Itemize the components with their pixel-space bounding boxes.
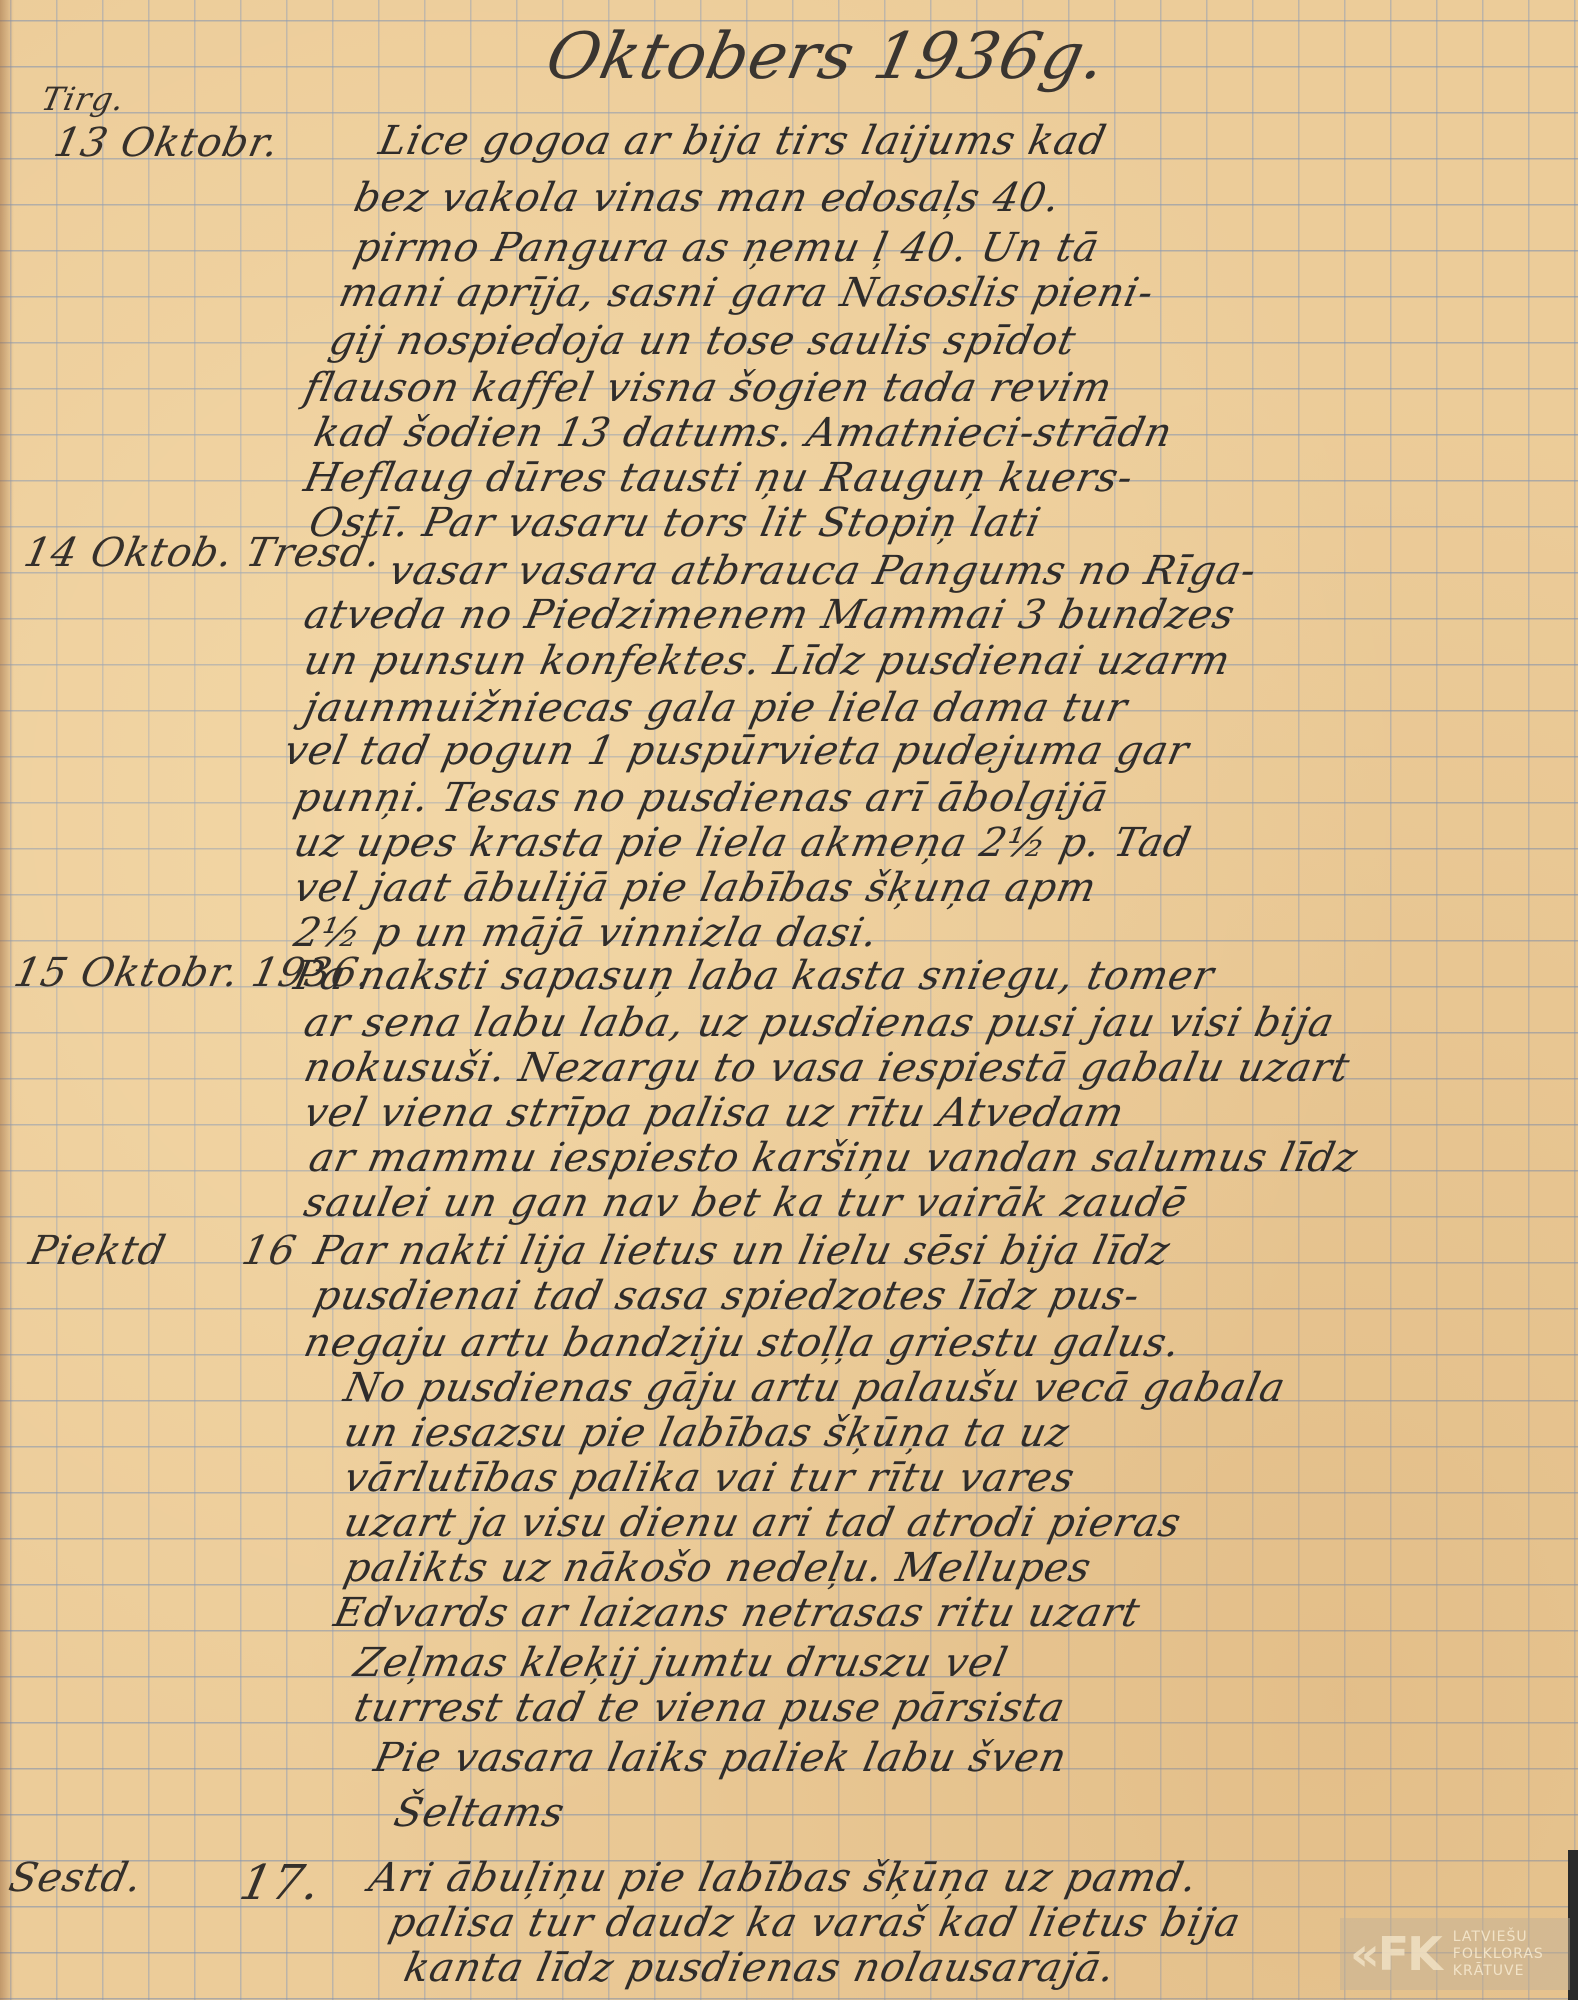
margin-date-oct13: 13 Oktobr. [50, 120, 284, 166]
margin-note-top-left: Tirg. [38, 80, 129, 118]
text-line: turrest tad te viena puse pārsista [350, 1685, 1070, 1731]
text-line: punņi. Tesas no pusdienas arī ābolgijā [290, 775, 1113, 821]
text-line: uz upes krasta pie liela akmeņa 2½ p. Ta… [290, 820, 1195, 866]
archive-name-line: KRĀTUVE [1453, 1963, 1544, 1980]
text-line: Zeļmas kleķij jumtu druszu vel [350, 1640, 1012, 1686]
text-line: vārlutības palika vai tur rītu vares [340, 1455, 1079, 1501]
text-line: jaunmuižniecas gala pie liela dama tur [300, 685, 1132, 731]
archive-logo-icon: «FK [1350, 1927, 1441, 1981]
text-line: flauson kaffel visna šogien tada revim [300, 365, 1117, 411]
text-line: bez vakola vinas man edosaļs 40. [350, 175, 1065, 221]
text-line: Edvards ar laizans netrasas ritu uzart [330, 1590, 1144, 1636]
archive-name-line: FOLKLORAS [1453, 1946, 1544, 1963]
margin-day-oct16: Piektd [25, 1228, 170, 1274]
text-line: negaju artu bandziju stoļļa griestu galu… [300, 1320, 1185, 1366]
text-line: Šeltams [390, 1790, 569, 1836]
text-line: Ari ābuļiņu pie labības šķūņa uz pamd. [365, 1855, 1202, 1901]
text-line: ar sena labu laba, uz pusdienas pusi jau… [300, 1000, 1339, 1046]
margin-num-oct17: 17. [235, 1855, 326, 1911]
archive-name: LATVIEŠU FOLKLORAS KRĀTUVE [1453, 1929, 1544, 1980]
text-line: Pie vasara laiks paliek labu šven [370, 1735, 1071, 1781]
text-line: No pusdienas gāju artu palaušu vecā gaba… [340, 1365, 1290, 1411]
text-line: vel tad pogun 1 puspūrvieta pudejuma gar [280, 728, 1193, 774]
archive-watermark: «FK LATVIEŠU FOLKLORAS KRĀTUVE [1340, 1918, 1570, 1990]
text-line: palikts uz nākošo nedeļu. Mellupes [340, 1545, 1096, 1591]
margin-day-oct17: Sestd. [5, 1855, 147, 1901]
text-line: pusdienai tad sasa spiedzotes līdz pus- [310, 1273, 1144, 1319]
text-line: vel viena strīpa palisa uz rītu Atvedam [300, 1090, 1129, 1136]
text-line: Ostī. Par vasaru tors lit Stopiņ lati [305, 500, 1045, 546]
text-line: vel jaat ābulijā pie labības šķuņa apm [290, 865, 1101, 911]
text-line: mani aprīja, sasni gara Nasoslis pieni- [335, 270, 1158, 316]
text-line: uzart ja visu dienu ari tad atrodi piera… [340, 1500, 1186, 1546]
archive-name-line: LATVIEŠU [1453, 1929, 1544, 1946]
text-line: Par nakti lija lietus un lielu sēsi bija… [310, 1228, 1175, 1274]
text-line: gij nospiedoja un tose saulis spīdot [325, 318, 1080, 364]
text-line: nokusuši. Nezargu to vasa iespiestā gaba… [300, 1045, 1354, 1091]
text-line: saulei un gan nav bet ka tur vairāk zaud… [300, 1180, 1192, 1226]
text-line: kanta līdz pusdienas nolausarajā. [400, 1945, 1120, 1991]
margin-num-oct16: 16 [238, 1228, 301, 1274]
text-line: vasar vasara atbrauca Pangums no Rīga- [385, 548, 1261, 594]
page-edge-left [0, 0, 14, 2000]
text-line: un iesazsu pie labības šķūņa ta uz [340, 1410, 1074, 1456]
text-line: kad šodien 13 datums. Amatnieci-strādn [310, 410, 1177, 456]
diary-page: Oktobers 1936g. Tirg. 13 Oktobr. 14 Okto… [0, 0, 1578, 2000]
text-line: palisa tur daudz ka varaš kad lietus bij… [385, 1900, 1245, 1946]
text-line: 2½ p un mājā vinnizla dasi. [290, 910, 883, 956]
text-line: Heflaug dūres tausti ņu Rauguņ kuers- [300, 455, 1138, 501]
text-line: Lice gogoa ar bija tirs laijums kad [375, 118, 1111, 164]
page-header: Oktobers 1936g. [540, 20, 1113, 94]
text-line: pirmo Pangura as ņemu ļ 40. Un tā [350, 225, 1104, 271]
text-line: atveda no Piedzimenem Mammai 3 bundzes [300, 592, 1239, 638]
text-line: ar mammu iespiesto karšiņu vandan salumu… [305, 1135, 1362, 1181]
text-line: Pa naksti sapasuņ laba kasta sniegu, tom… [290, 953, 1218, 999]
text-line: un punsun konfektes. Līdz pusdienai uzar… [300, 638, 1235, 684]
